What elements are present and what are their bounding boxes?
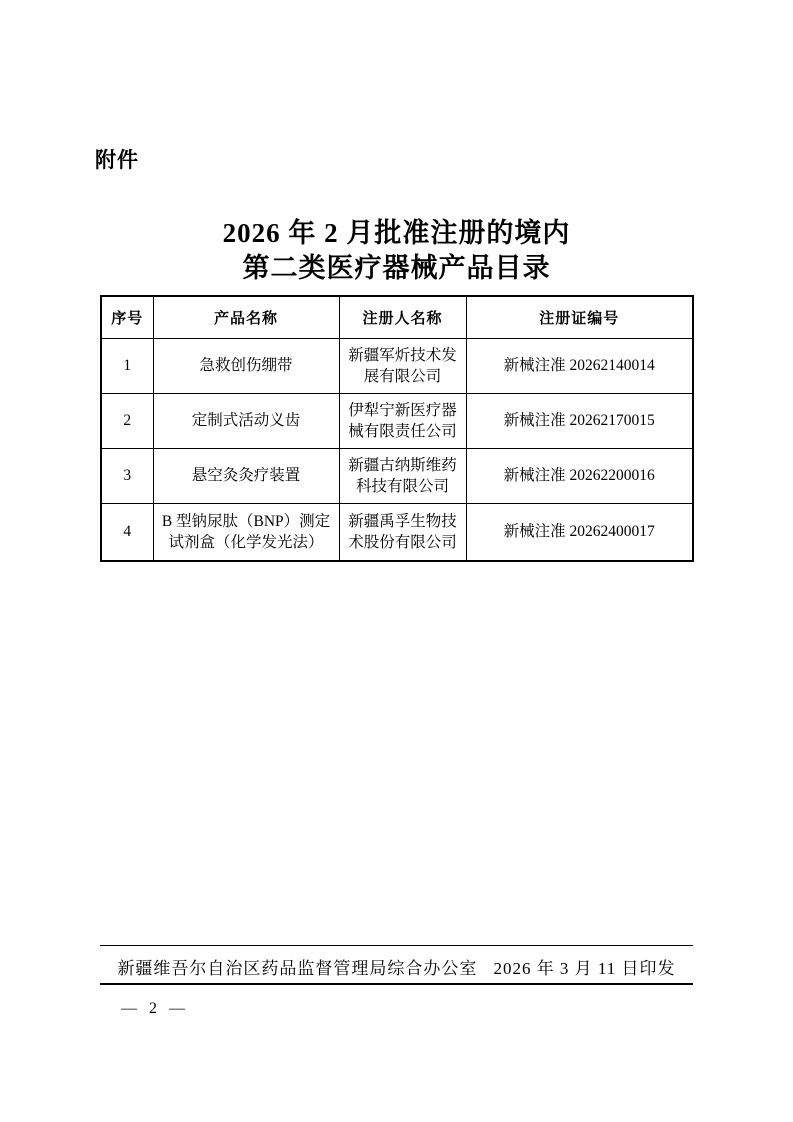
column-header-serial-no: 序号 [101, 296, 153, 338]
cell-product-name: 定制式活动义齿 [153, 393, 339, 448]
document-title-line2: 第二类医疗器械产品目录 [0, 251, 793, 286]
document-title-line1: 2026 年 2 月批准注册的境内 [0, 216, 793, 251]
cell-serial-no: 2 [101, 393, 153, 448]
column-header-certificate-no: 注册证编号 [466, 296, 693, 338]
footer-divider-bottom [100, 983, 693, 985]
cell-registrant-name: 新疆军炘技术发展有限公司 [339, 338, 466, 393]
page-number: — 2 — [121, 1000, 189, 1018]
cell-registrant-name: 伊犁宁新医疗器械有限责任公司 [339, 393, 466, 448]
footer-divider-top [100, 945, 693, 946]
attachment-label: 附件 [95, 144, 139, 174]
footer-print-date: 2026 年 3 月 11 日印发 [493, 954, 675, 979]
cell-registrant-name: 新疆禹孚生物技术股份有限公司 [339, 503, 466, 561]
footer-issuer: 新疆维吾尔自治区药品监督管理局综合办公室 [117, 954, 477, 979]
cell-product-name: 悬空灸灸疗装置 [153, 448, 339, 503]
cell-serial-no: 4 [101, 503, 153, 561]
column-header-registrant-name: 注册人名称 [339, 296, 466, 338]
table-row: 2 定制式活动义齿 伊犁宁新医疗器械有限责任公司 新械注准 2026217001… [101, 393, 693, 448]
cell-product-name: 急救创伤绷带 [153, 338, 339, 393]
cell-certificate-no: 新械注准 20262140014 [466, 338, 693, 393]
table-row: 3 悬空灸灸疗装置 新疆古纳斯维药科技有限公司 新械注准 20262200016 [101, 448, 693, 503]
cell-serial-no: 3 [101, 448, 153, 503]
table-row: 4 B 型钠尿肽（BNP）测定试剂盒（化学发光法） 新疆禹孚生物技术股份有限公司… [101, 503, 693, 561]
footer-issuer-line: 新疆维吾尔自治区药品监督管理局综合办公室 2026 年 3 月 11 日印发 [100, 951, 693, 981]
cell-registrant-name: 新疆古纳斯维药科技有限公司 [339, 448, 466, 503]
document-page: 附件 2026 年 2 月批准注册的境内 第二类医疗器械产品目录 序号 产品名称… [0, 0, 793, 1122]
cell-certificate-no: 新械注准 20262170015 [466, 393, 693, 448]
table-row: 1 急救创伤绷带 新疆军炘技术发展有限公司 新械注准 20262140014 [101, 338, 693, 393]
cell-serial-no: 1 [101, 338, 153, 393]
cell-product-name: B 型钠尿肽（BNP）测定试剂盒（化学发光法） [153, 503, 339, 561]
cell-certificate-no: 新械注准 20262400017 [466, 503, 693, 561]
cell-certificate-no: 新械注准 20262200016 [466, 448, 693, 503]
approval-table: 序号 产品名称 注册人名称 注册证编号 1 急救创伤绷带 新疆军炘技术发展有限公… [100, 295, 694, 562]
table-header-row: 序号 产品名称 注册人名称 注册证编号 [101, 296, 693, 338]
document-title: 2026 年 2 月批准注册的境内 第二类医疗器械产品目录 [0, 216, 793, 286]
column-header-product-name: 产品名称 [153, 296, 339, 338]
